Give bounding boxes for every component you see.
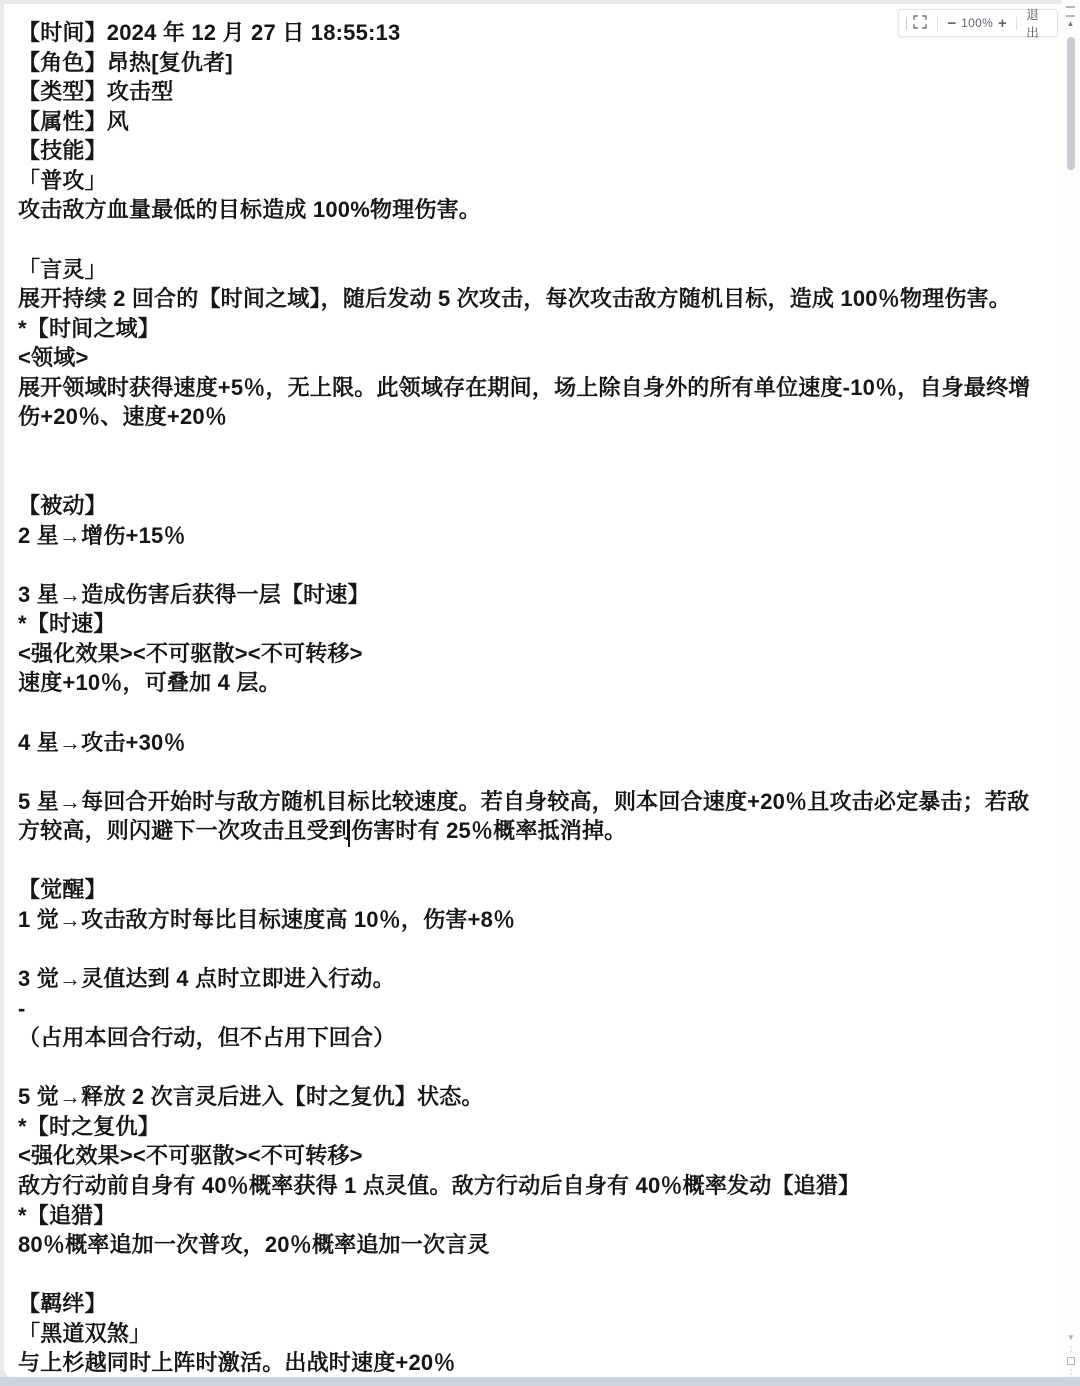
document-text: 【时间】2024 年 12 月 27 日 18:55:13【角色】昂热[复仇者]… [18,18,1060,1378]
document-text-line: 攻击敌方血量最低的目标造成 100%物理伤害。 [18,195,1060,225]
scroll-up-arrow-icon[interactable]: ▲ [1065,18,1076,29]
document-text-line: *【时间之域】 [18,314,1060,344]
document-text-line: 1 觉→攻击敌方时每比目标速度高 10％，伤害+8％ [18,905,1060,935]
text-cursor [348,820,350,847]
toolbar-divider [937,17,938,30]
document-text-line: 伤+20％、速度+20％ [18,402,1060,432]
document-text-line: 4 星→攻击+30％ [18,728,1060,758]
app-window: 【时间】2024 年 12 月 27 日 18:55:13【角色】昂热[复仇者]… [0,0,1080,1386]
collapse-scrollbar-icon[interactable] [1066,6,1075,17]
document-text-line: 敌方行动前自身有 40％概率获得 1 点灵值。敌方行动后自身有 40％概率发动【… [18,1171,1060,1201]
document-text-line [18,432,1060,462]
document-text-line: 与上杉越同时上阵时激活。出战时速度+20％ [18,1348,1060,1378]
document-text-line: *【追猎】 [18,1201,1060,1231]
document-text-line: 3 觉→灵值达到 4 点时立即进入行动。 [18,964,1060,994]
document-text-line: 【羁绊】 [18,1289,1060,1319]
fit-screen-icon [913,15,927,32]
document-text-line: 【属性】风 [18,107,1060,137]
document-text-line: 【技能】 [18,136,1060,166]
toolbar-divider [906,17,907,30]
document-text-line: *【时速】 [18,609,1060,639]
document-text-line: 「言灵」 [18,255,1060,285]
document-text-line: 「黑道双煞」 [18,1319,1060,1349]
document-text-line: 5 觉→释放 2 次言灵后进入【时之复仇】状态。 [18,1082,1060,1112]
document-text-line [18,225,1060,255]
document-text-line [18,757,1060,787]
page-dots-icon[interactable]: ⁞ [1070,1345,1072,1354]
page-dots-icon[interactable]: ⁞ [1070,1368,1072,1377]
document-page[interactable]: 【时间】2024 年 12 月 27 日 18:55:13【角色】昂热[复仇者]… [4,4,1080,1378]
document-text-line [18,1053,1060,1083]
document-text-line: <强化效果><不可驱散><不可转移> [18,1141,1060,1171]
document-text-line [18,934,1060,964]
zoom-level-value: 100% [959,10,996,36]
document-text-line: <强化效果><不可驱散><不可转移> [18,639,1060,669]
document-text-line: 【被动】 [18,491,1060,521]
document-text-line [18,1260,1060,1290]
scrollbar-bottom-controls: ▼ ⁞ ⁞ [1064,1333,1078,1377]
document-text-line [18,846,1060,876]
document-text-line [18,461,1060,491]
document-text-line: 5 星→每回合开始时与敌方随机目标比较速度。若自身较高，则本回合速度+20％且攻… [18,787,1060,817]
document-text-line: 方较高，则闪避下一次攻击且受到伤害时有 25％概率抵消掉。 [18,816,1060,846]
zoom-in-button[interactable]: + [995,10,1009,36]
document-text-line: *【时之复仇】 [18,1112,1060,1142]
page-thumbnail-icon[interactable] [1067,1357,1075,1365]
fit-screen-button[interactable] [911,10,930,36]
document-text-line: 80％概率追加一次普攻，20％概率追加一次言灵 [18,1230,1060,1260]
document-text-line: 【角色】昂热[复仇者] [18,48,1060,78]
scrollbar-thumb[interactable] [1067,37,1075,170]
document-text-line: 2 星→增伤+15％ [18,521,1060,551]
document-text-line: - [18,994,1060,1024]
window-bottom-edge [0,1377,1080,1386]
document-text-line: 【觉醒】 [18,875,1060,905]
document-text-line: 速度+10％，可叠加 4 层。 [18,668,1060,698]
toolbar-divider [1016,17,1017,30]
document-text-line: （占用本回合行动，但不占用下回合） [18,1023,1060,1053]
document-text-line: 展开领域时获得速度+5％，无上限。此领域存在期间，场上除自身外的所有单位速度-1… [18,373,1060,403]
document-text-line [18,550,1060,580]
document-text-line: 「普攻」 [18,166,1060,196]
document-text-line: 3 星→造成伤害后获得一层【时速】 [18,580,1060,610]
document-text-line: 【类型】攻击型 [18,77,1060,107]
zoom-out-button[interactable]: − [945,10,959,36]
document-text-line: <领域> [18,343,1060,373]
scroll-down-arrow-icon[interactable]: ▼ [1067,1333,1075,1342]
document-text-line [18,698,1060,728]
scrollbar-track[interactable]: ▲ ▼ ⁞ ⁞ [1062,0,1080,1377]
zoom-toolbar: − 100% + 退出 [898,9,1058,37]
exit-fullscreen-button[interactable]: 退出 [1024,10,1057,36]
document-text-line: 展开持续 2 回合的【时间之域】，随后发动 5 次攻击，每次攻击敌方随机目标，造… [18,284,1060,314]
